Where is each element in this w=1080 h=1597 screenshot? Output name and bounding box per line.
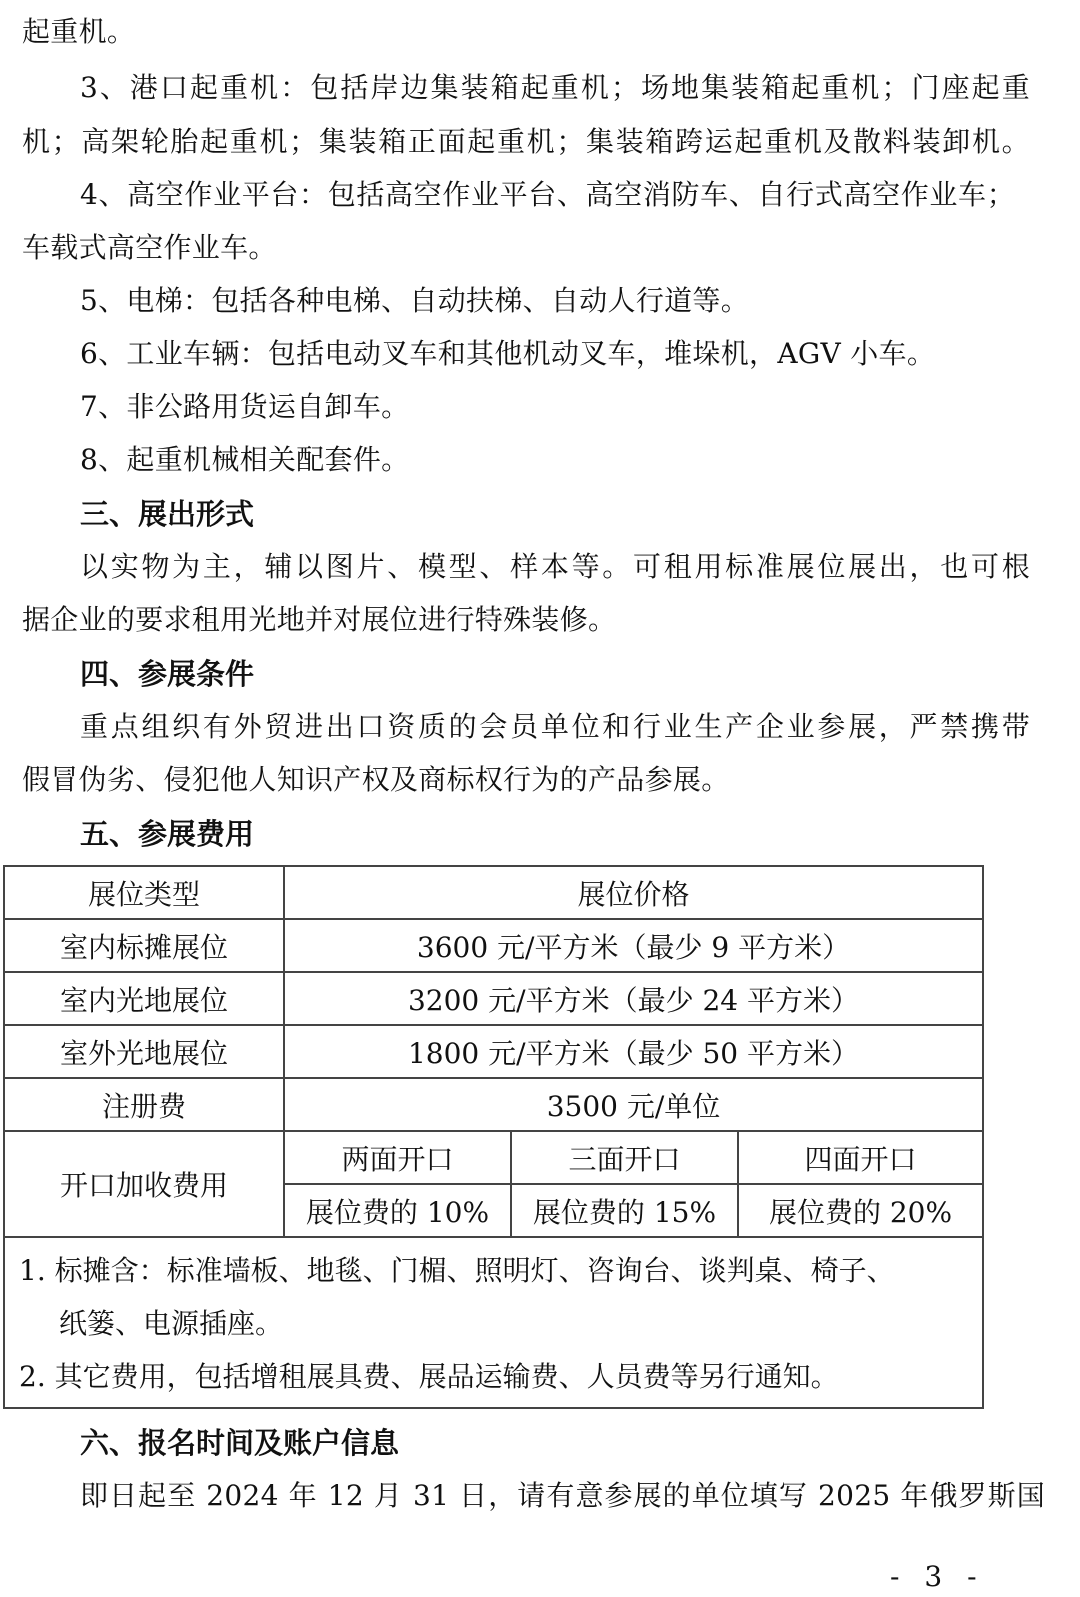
list-item-5: 5、电梯：包括各种电梯、自动扶梯、自动人行道等。 [80, 281, 1080, 321]
notes-row: 1. 标摊含：标准墙板、地毯、门楣、照明灯、咨询台、谈判桌、椅子、 纸篓、电源插… [4, 1237, 983, 1408]
table-row: 室内标摊展位 3600 元/平方米（最少 9 平方米） [4, 919, 983, 972]
table-row: 注册费 3500 元/单位 [4, 1078, 983, 1131]
section4-para-line2: 假冒伪劣、侵犯他人知识产权及商标权行为的产品参展。 [22, 760, 1067, 800]
section3-para-line1: 以实物为主，辅以图片、模型、样本等。可租用标准展位展出，也可根 [80, 547, 1030, 587]
opening-fee-label: 开口加收费用 [4, 1131, 284, 1237]
fee-table: 展位类型 展位价格 室内标摊展位 3600 元/平方米（最少 9 平方米） 室内… [3, 865, 984, 1409]
opening-rate-two-sides: 展位费的 10% [284, 1184, 511, 1237]
opening-option-three-sides: 三面开口 [511, 1131, 738, 1184]
opening-rate-three-sides: 展位费的 15% [511, 1184, 738, 1237]
section-heading-registration: 六、报名时间及账户信息 [80, 1423, 399, 1463]
list-item-4-line1: 4、高空作业平台：包括高空作业平台、高空消防车、自行式高空作业车； [80, 175, 1015, 215]
opening-rate-four-sides: 展位费的 20% [738, 1184, 983, 1237]
booth-type-cell: 室内标摊展位 [4, 919, 284, 972]
table-row: 室外光地展位 1800 元/平方米（最少 50 平方米） [4, 1025, 983, 1078]
list-item-3-line2: 机；高架轮胎起重机；集装箱正面起重机；集装箱跨运起重机及散料装卸机。 [22, 122, 1030, 162]
list-item-8: 8、起重机械相关配套件。 [80, 440, 1080, 480]
table-row: 室内光地展位 3200 元/平方米（最少 24 平方米） [4, 972, 983, 1025]
opening-option-two-sides: 两面开口 [284, 1131, 511, 1184]
note-1: 1. 标摊含：标准墙板、地毯、门楣、照明灯、咨询台、谈判桌、椅子、 [19, 1244, 968, 1297]
page-number: - 3 - [890, 1560, 985, 1593]
list-item-6: 6、工业车辆：包括电动叉车和其他机动叉车，堆垛机，AGV 小车。 [80, 334, 1080, 374]
opening-fee-row: 开口加收费用 两面开口 三面开口 四面开口 [4, 1131, 983, 1184]
booth-price-cell: 3200 元/平方米（最少 24 平方米） [284, 972, 983, 1025]
section-heading-exhibition-form: 三、展出形式 [80, 494, 254, 534]
table-header-row: 展位类型 展位价格 [4, 866, 983, 919]
list-item-3-line1: 3、港口起重机：包括岸边集装箱起重机；场地集装箱起重机；门座起重 [80, 68, 1030, 108]
section3-para-line2: 据企业的要求租用光地并对展位进行特殊装修。 [22, 600, 1067, 640]
section4-para-line1: 重点组织有外贸进出口资质的会员单位和行业生产企业参展，严禁携带 [80, 707, 1030, 747]
section6-para-line1: 即日起至 2024 年 12 月 31 日，请有意参展的单位填写 2025 年俄… [80, 1476, 1045, 1516]
opening-option-four-sides: 四面开口 [738, 1131, 983, 1184]
list-item-4-line2: 车载式高空作业车。 [22, 228, 1067, 268]
note-2: 2. 其它费用，包括增租展具费、展品运输费、人员费等另行通知。 [19, 1350, 968, 1403]
header-booth-type: 展位类型 [4, 866, 284, 919]
note-1-continued: 纸篓、电源插座。 [19, 1297, 968, 1350]
registration-fee-label: 注册费 [4, 1078, 284, 1131]
booth-price-cell: 3600 元/平方米（最少 9 平方米） [284, 919, 983, 972]
section-heading-fees: 五、参展费用 [80, 814, 254, 854]
booth-price-cell: 1800 元/平方米（最少 50 平方米） [284, 1025, 983, 1078]
booth-type-cell: 室内光地展位 [4, 972, 284, 1025]
list-item-7: 7、非公路用货运自卸车。 [80, 387, 1080, 427]
registration-fee-value: 3500 元/单位 [284, 1078, 983, 1131]
header-booth-price: 展位价格 [284, 866, 983, 919]
section-heading-conditions: 四、参展条件 [80, 654, 254, 694]
notes-cell: 1. 标摊含：标准墙板、地毯、门楣、照明灯、咨询台、谈判桌、椅子、 纸篓、电源插… [4, 1237, 983, 1408]
continuation-text: 起重机。 [22, 12, 1067, 52]
booth-type-cell: 室外光地展位 [4, 1025, 284, 1078]
